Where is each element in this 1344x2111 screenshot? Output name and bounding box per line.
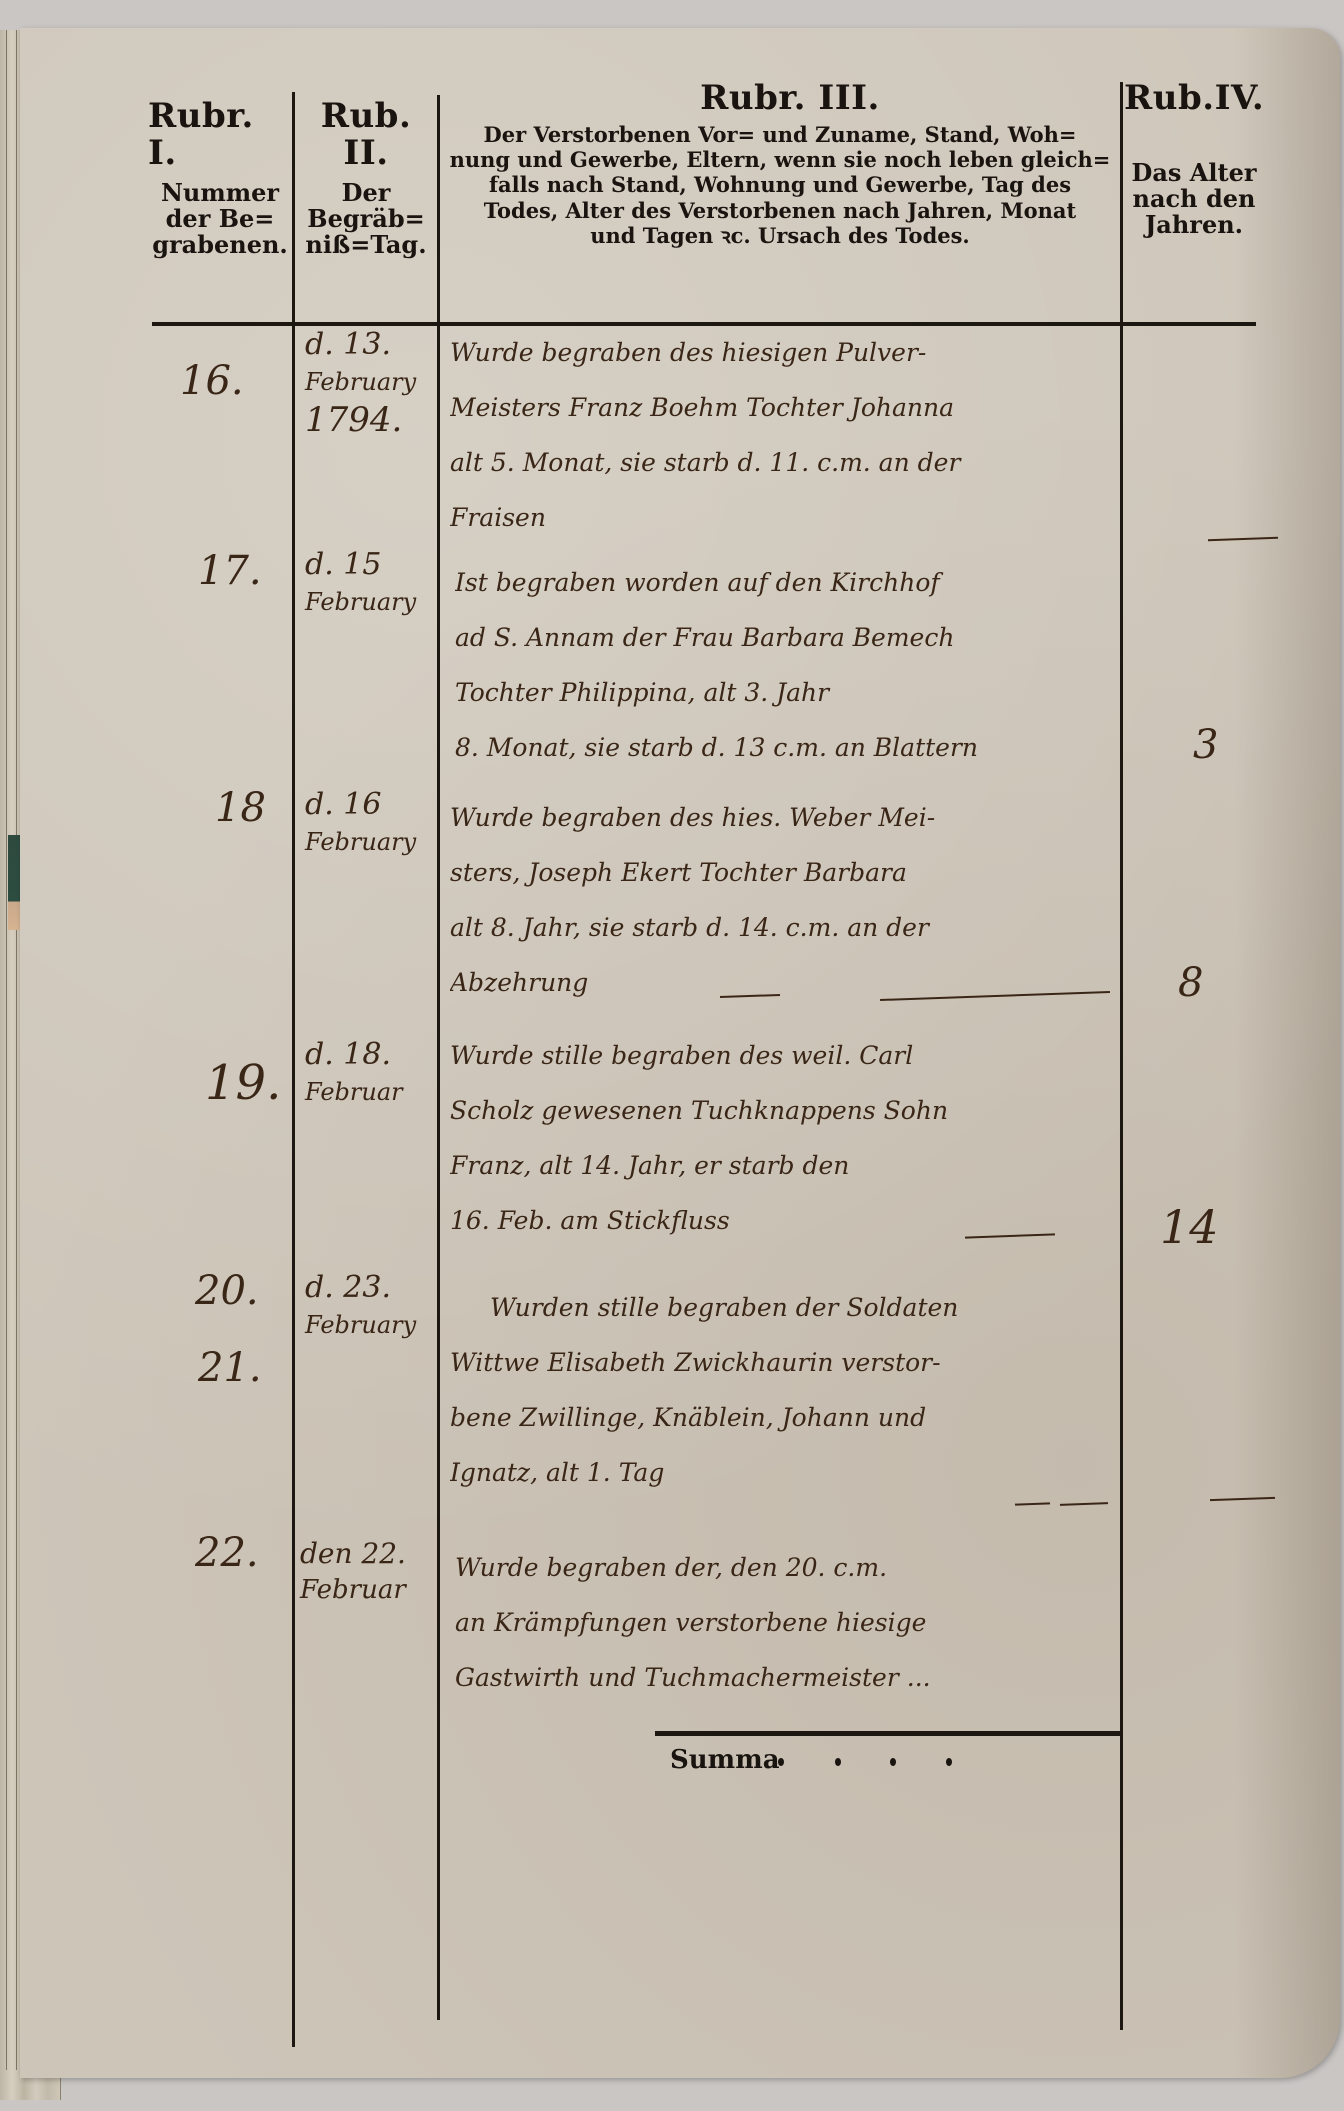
entry-text: Wurde begraben der, den 20. c.m. an Kräm… [455,1540,1215,1705]
entry-number: 16. [180,358,244,404]
date-line: d. 13. [305,325,416,366]
entry-line: Ignatz, alt 1. Tag [450,1445,1210,1500]
date-line: d. 16 [305,785,416,826]
summa-dot [835,1758,841,1766]
entry-line: Wurde stille begraben des weil. Carl [450,1028,1210,1083]
label-line: nung und Gewerbe, Eltern, wenn sie noch … [440,147,1120,172]
burial-date: den 22. Februar [300,1535,406,1608]
rubric-3-heading: Rubr. III. [600,80,980,117]
label-line: der Be= [150,206,290,232]
label-line: Begräb= [296,206,436,232]
entry-line: 16. Feb. am Stickfluss [450,1193,1210,1248]
rubric-4-heading: Rub.IV. [1124,80,1264,117]
entry-line: Wurde begraben des hies. Weber Mei- [450,790,1210,845]
entry-number: 17. [198,548,262,594]
entry-text: Ist begraben worden auf den Kirchhof ad … [455,555,1215,775]
entry-line: Wurde begraben des hiesigen Pulver- [450,325,1210,380]
entry-line: Meisters Franz Boehm Tochter Johanna [450,380,1210,435]
entry-text: Wurde begraben des hiesigen Pulver- Meis… [450,325,1210,545]
entry-line: Wurden stille begraben der Soldaten [450,1280,1210,1335]
age-value: 8 [1178,960,1203,1006]
burial-date: d. 13. February 1794. [305,325,416,444]
label-line: Nummer [150,180,290,206]
age-value: 14 [1160,1200,1219,1254]
date-line: February [305,826,416,858]
label-line: grabenen. [150,232,290,258]
entry-line: alt 8. Jahr, sie starb d. 14. c.m. an de… [450,900,1210,955]
page-edge [6,30,7,2070]
entry-text: Wurde begraben des hies. Weber Mei- ster… [450,790,1210,1010]
entry-line: Ist begraben worden auf den Kirchhof [455,555,1215,610]
entry-line: Scholz gewesenen Tuchknappens Sohn [450,1083,1210,1138]
date-line: Februar [300,1573,406,1608]
rubric-3-label: Der Verstorbenen Vor= und Zuname, Stand,… [440,122,1120,248]
date-line: February [305,1309,416,1341]
entry-line: Gastwirth und Tuchmachermeister ... [455,1650,1215,1705]
entry-number: 20. [195,1268,259,1314]
entry-number: 21. [198,1345,262,1391]
label-line: nach den [1124,186,1264,212]
summa-dot [890,1758,896,1766]
rubric-2-label: Der Begräb= niß=Tag. [296,180,436,258]
burial-date: d. 18. Februar [305,1035,403,1108]
summa-dot [946,1758,952,1766]
entry-line: Wurde begraben der, den 20. c.m. [455,1540,1215,1595]
rubric-1-label: Nummer der Be= grabenen. [150,180,290,258]
entry-line: Fraisen [450,490,1210,545]
entry-line: Franz, alt 14. Jahr, er starb den [450,1138,1210,1193]
label-line: Das Alter [1124,160,1264,186]
label-line: Der Verstorbenen Vor= und Zuname, Stand,… [440,122,1120,147]
entry-number: 22. [195,1530,259,1576]
date-line: d. 23. [305,1268,416,1309]
summa-rule [655,1731,1120,1736]
entry-text: Wurde stille begraben des weil. Carl Sch… [450,1028,1210,1248]
label-line: niß=Tag. [296,232,436,258]
date-line: Februar [305,1076,403,1108]
entry-line: an Krämpfungen verstorbene hiesige [455,1595,1215,1650]
entry-number: 19. [205,1055,281,1111]
date-line: 1794. [305,398,416,444]
rubric-4-label: Das Alter nach den Jahren. [1124,160,1264,238]
date-line: February [305,586,416,618]
entry-text: Wurden stille begraben der Soldaten Witt… [450,1280,1210,1500]
label-line: Todes, Alter des Verstorbenen nach Jahre… [440,198,1120,223]
entry-line: 8. Monat, sie starb d. 13 c.m. an Blatte… [455,720,1215,775]
column-divider-2-3 [437,95,440,2020]
label-line: und Tagen ꝛc. Ursach des Todes. [440,223,1120,248]
burial-date: d. 15 February [305,545,416,618]
label-line: Jahren. [1124,212,1264,238]
date-line: den 22. [300,1535,406,1573]
entry-line: alt 5. Monat, sie starb d. 11. c.m. an d… [450,435,1210,490]
burial-date: d. 23. February [305,1268,416,1341]
entry-line: Wittwe Elisabeth Zwickhaurin verstor- [450,1335,1210,1390]
summa-label: Summa [670,1745,780,1775]
entry-line: ad S. Annam der Frau Barbara Bemech [455,610,1215,665]
entry-line: Abzehrung [450,955,1210,1010]
burial-date: d. 16 February [305,785,416,858]
rubric-1-heading: Rubr. I. [148,98,294,171]
entry-line: Tochter Philippina, alt 3. Jahr [455,665,1215,720]
label-line: Der [296,180,436,206]
entry-line: sters, Joseph Ekert Tochter Barbara [450,845,1210,900]
summa-dot [778,1758,784,1766]
rubric-2-heading: Rub. II. [296,98,436,171]
entry-number: 18 [215,785,266,831]
column-divider-1-2 [292,92,295,2047]
label-line: falls nach Stand, Wohnung und Gewerbe, T… [440,172,1120,197]
age-value: 3 [1193,722,1218,768]
date-line: February [305,366,416,398]
page-edge [16,30,17,2070]
date-line: d. 18. [305,1035,403,1076]
entry-line: bene Zwillinge, Knäblein, Johann und [450,1390,1210,1445]
date-line: d. 15 [305,545,416,586]
